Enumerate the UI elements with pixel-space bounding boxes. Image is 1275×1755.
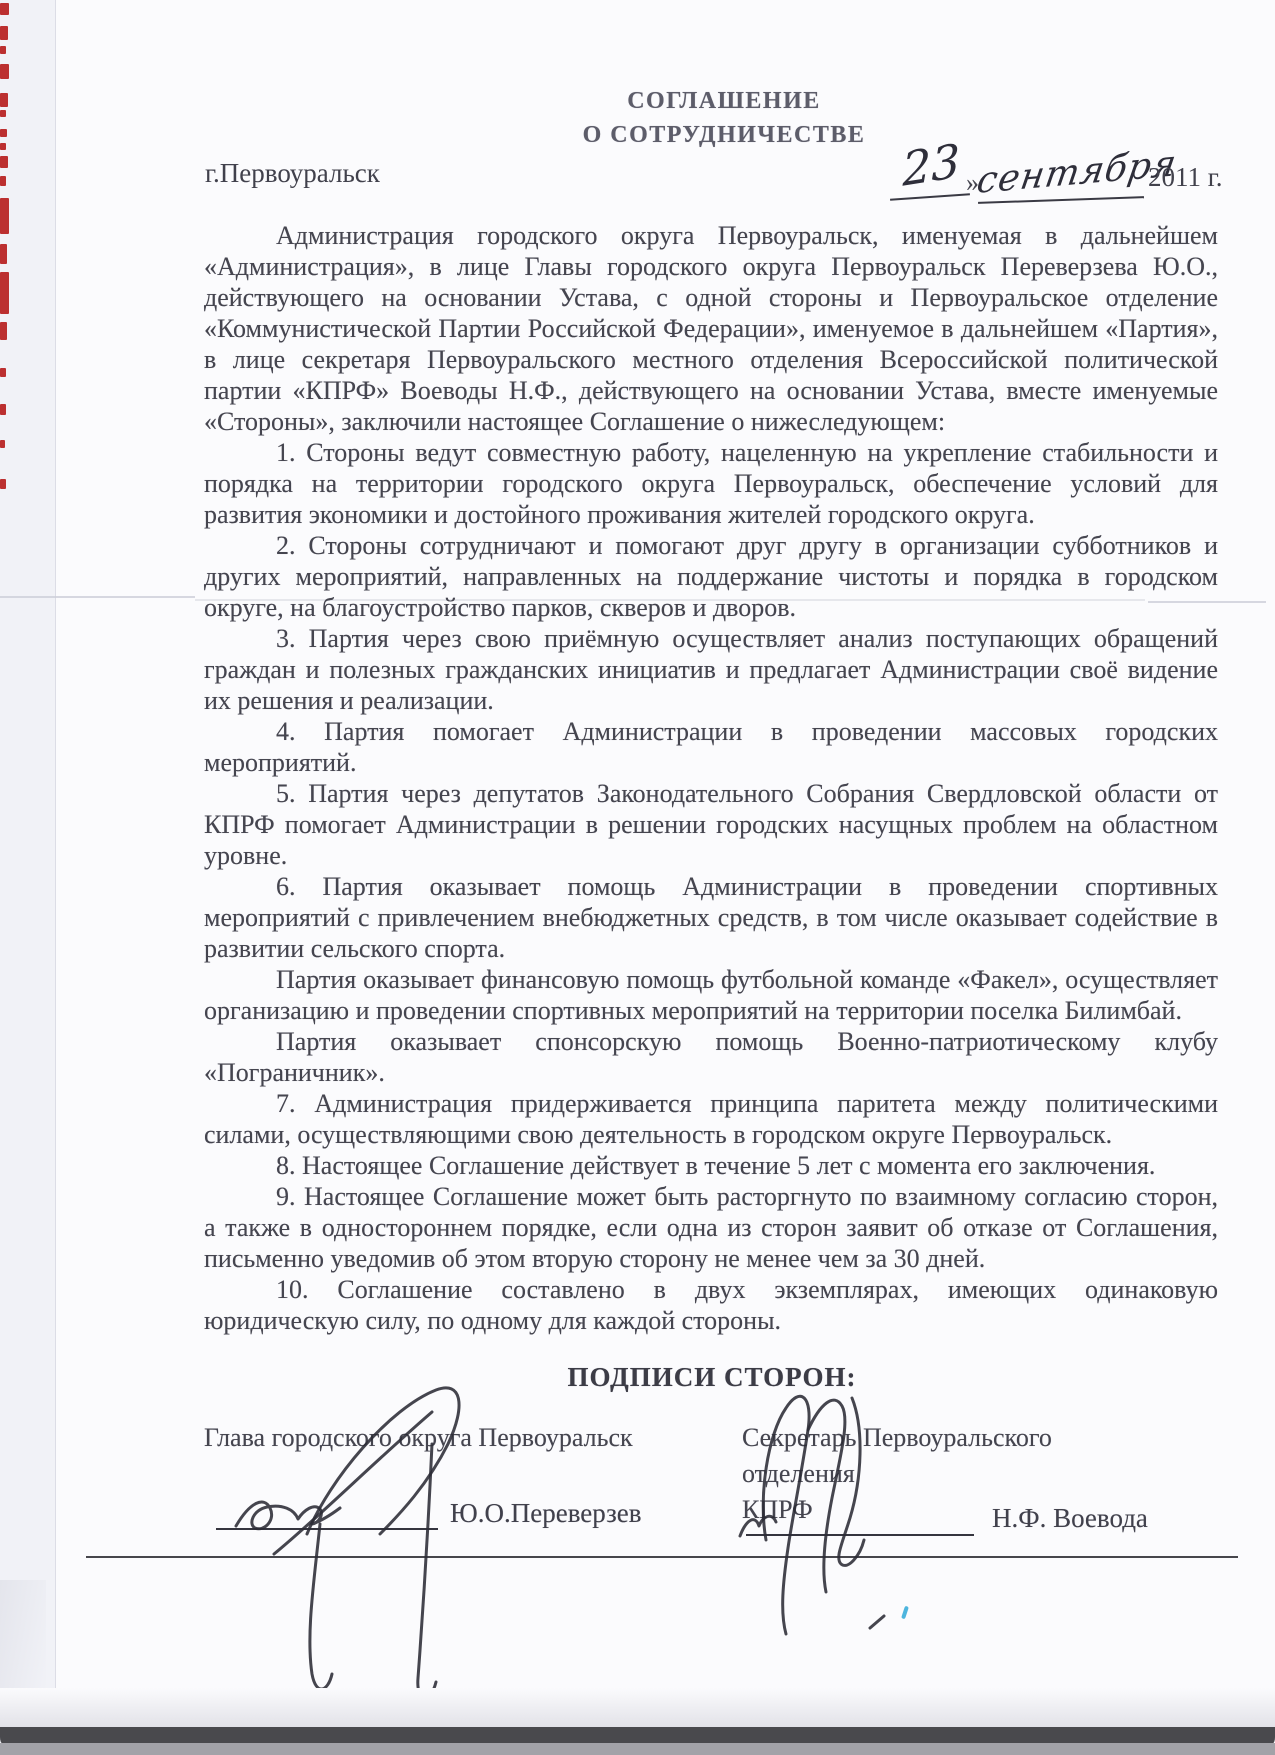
body-paragraph: 3. Партия через свою приёмную осуществля…	[204, 623, 1218, 716]
body-paragraph: 10. Соглашение составлено в двух экземпл…	[204, 1274, 1218, 1336]
right-signer-name: Н.Ф. Воевода	[992, 1503, 1148, 1534]
handwritten-day: 23	[902, 133, 961, 197]
title-line-1: СОГЛАШЕНИЕ	[583, 84, 866, 118]
body-paragraph: 6. Партия оказывает помощь Администрации…	[204, 871, 1218, 964]
document-body: Администрация городского округа Первоура…	[204, 220, 1218, 1336]
page-bottom-shadow	[0, 1688, 1275, 1727]
body-paragraph: 4. Партия помогает Администрации в прове…	[204, 716, 1218, 778]
document-title: СОГЛАШЕНИЕ О СОТРУДНИЧЕСТВЕ	[583, 84, 866, 152]
scan-bottom-band	[0, 1743, 1275, 1755]
body-paragraph: 7. Администрация придерживается принципа…	[204, 1088, 1218, 1150]
body-paragraph: 5. Партия через депутатов Законодательно…	[204, 778, 1218, 871]
title-line-2: О СОТРУДНИЧЕСТВЕ	[583, 118, 866, 152]
body-paragraph: 9. Настоящее Соглашение может быть расто…	[204, 1181, 1218, 1274]
left-signer-name: Ю.О.Переверзев	[450, 1498, 642, 1529]
body-paragraph: Администрация городского округа Первоура…	[204, 220, 1218, 437]
fold-crease-left	[0, 596, 195, 598]
right-signer-title-line1: Секретарь Первоуральского отделения	[742, 1420, 1142, 1492]
bottom-rule	[86, 1556, 1238, 1558]
scanner-edge-band	[0, 0, 56, 1755]
date-year: 2011 г.	[1148, 162, 1223, 193]
right-signature-line	[746, 1534, 974, 1536]
document-place: г.Первоуральск	[205, 158, 380, 189]
corner-smudge	[0, 1580, 46, 1698]
scan-bottom-edge	[0, 1727, 1275, 1743]
body-paragraph: 8. Настоящее Соглашение действует в тече…	[204, 1150, 1218, 1181]
scanned-document-page: СОГЛАШЕНИЕ О СОТРУДНИЧЕСТВЕ г.Первоураль…	[0, 0, 1275, 1755]
body-paragraph: 1. Стороны ведут совместную работу, наце…	[204, 437, 1218, 530]
body-paragraph: Партия оказывает спонсорскую помощь Воен…	[204, 1026, 1218, 1088]
body-paragraph: Партия оказывает финансовую помощь футбо…	[204, 964, 1218, 1026]
blue-ink-speck	[901, 1606, 909, 1620]
left-signature-line	[216, 1528, 438, 1530]
left-signer-title: Глава городского округа Первоуральск	[204, 1420, 664, 1456]
signatures-heading: ПОДПИСИ СТОРОН:	[568, 1362, 857, 1393]
body-paragraph: 2. Стороны сотрудничают и помогают друг …	[204, 530, 1218, 623]
